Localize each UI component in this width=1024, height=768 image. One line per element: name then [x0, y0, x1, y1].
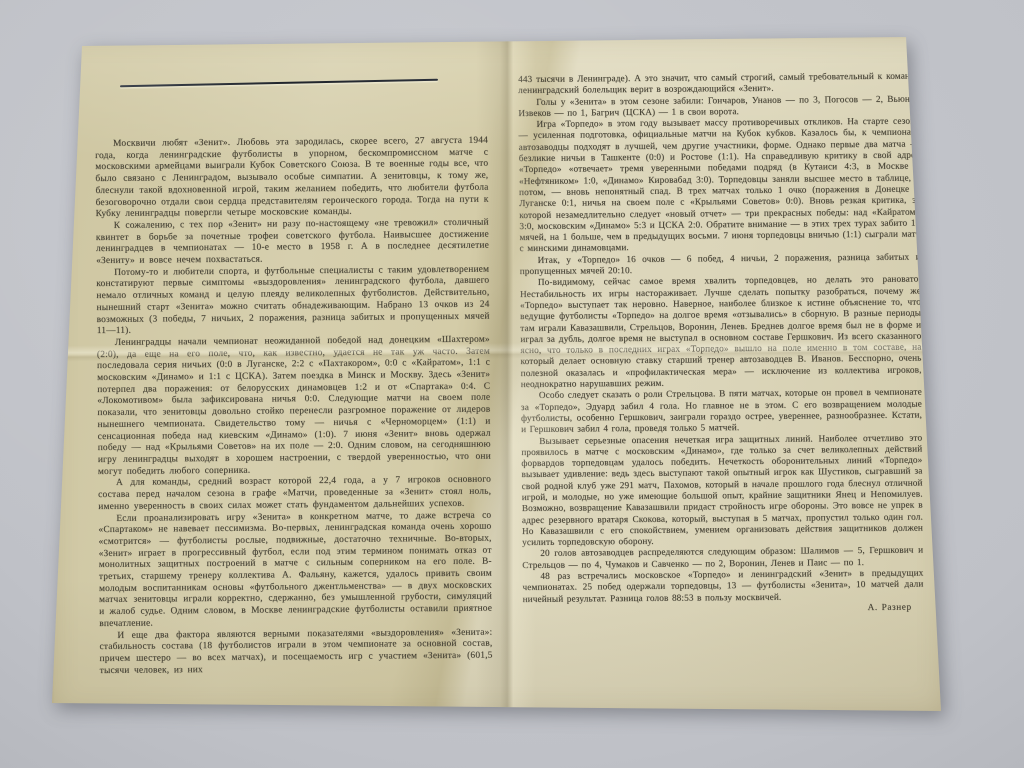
staple-wire — [120, 79, 438, 88]
paragraph: А для команды, средний возраст которой 2… — [98, 475, 491, 514]
right-page-paragraphs: 443 тысячи в Ленинграде). А это значит, … — [518, 71, 924, 605]
paragraph: Ленинградцы начали чемпионат неожиданной… — [97, 335, 491, 479]
paragraph: Потому-то и любители спорта, и футбольны… — [96, 264, 490, 338]
paragraph: И еще два фактора являются верными показ… — [99, 627, 492, 677]
paragraph: К сожалению, с тех пор «Зенит» ни разу п… — [96, 217, 489, 267]
photo-background: Москвичи любят «Зенит». Любовь эта зарод… — [0, 0, 1024, 768]
paragraph: Особо следует сказать о роли Стрельцова.… — [521, 387, 922, 436]
open-spread-paper: Москвичи любят «Зенит». Любовь эта зарод… — [50, 35, 945, 715]
paragraph: Игра «Торпедо» в этом году вызывает масс… — [518, 116, 920, 255]
paragraph: По-видимому, сейчас самое время хвалить … — [520, 274, 922, 390]
programme-booklet: Москвичи любят «Зенит». Любовь эта зарод… — [50, 35, 945, 715]
right-page-text: 443 тысячи в Ленинграде). А это значит, … — [518, 71, 924, 617]
paragraph: Вызывает серьезные опасения нечеткая игр… — [521, 432, 923, 548]
paragraph: 48 раз встречались московское «Торпедо» … — [522, 568, 923, 605]
paragraph: Если проанализировать игру «Зенита» в ко… — [98, 510, 492, 630]
left-page-text: Москвичи любят «Зенит». Любовь эта зарод… — [95, 136, 493, 678]
paragraph: Москвичи любят «Зенит». Любовь эта зарод… — [95, 136, 489, 221]
